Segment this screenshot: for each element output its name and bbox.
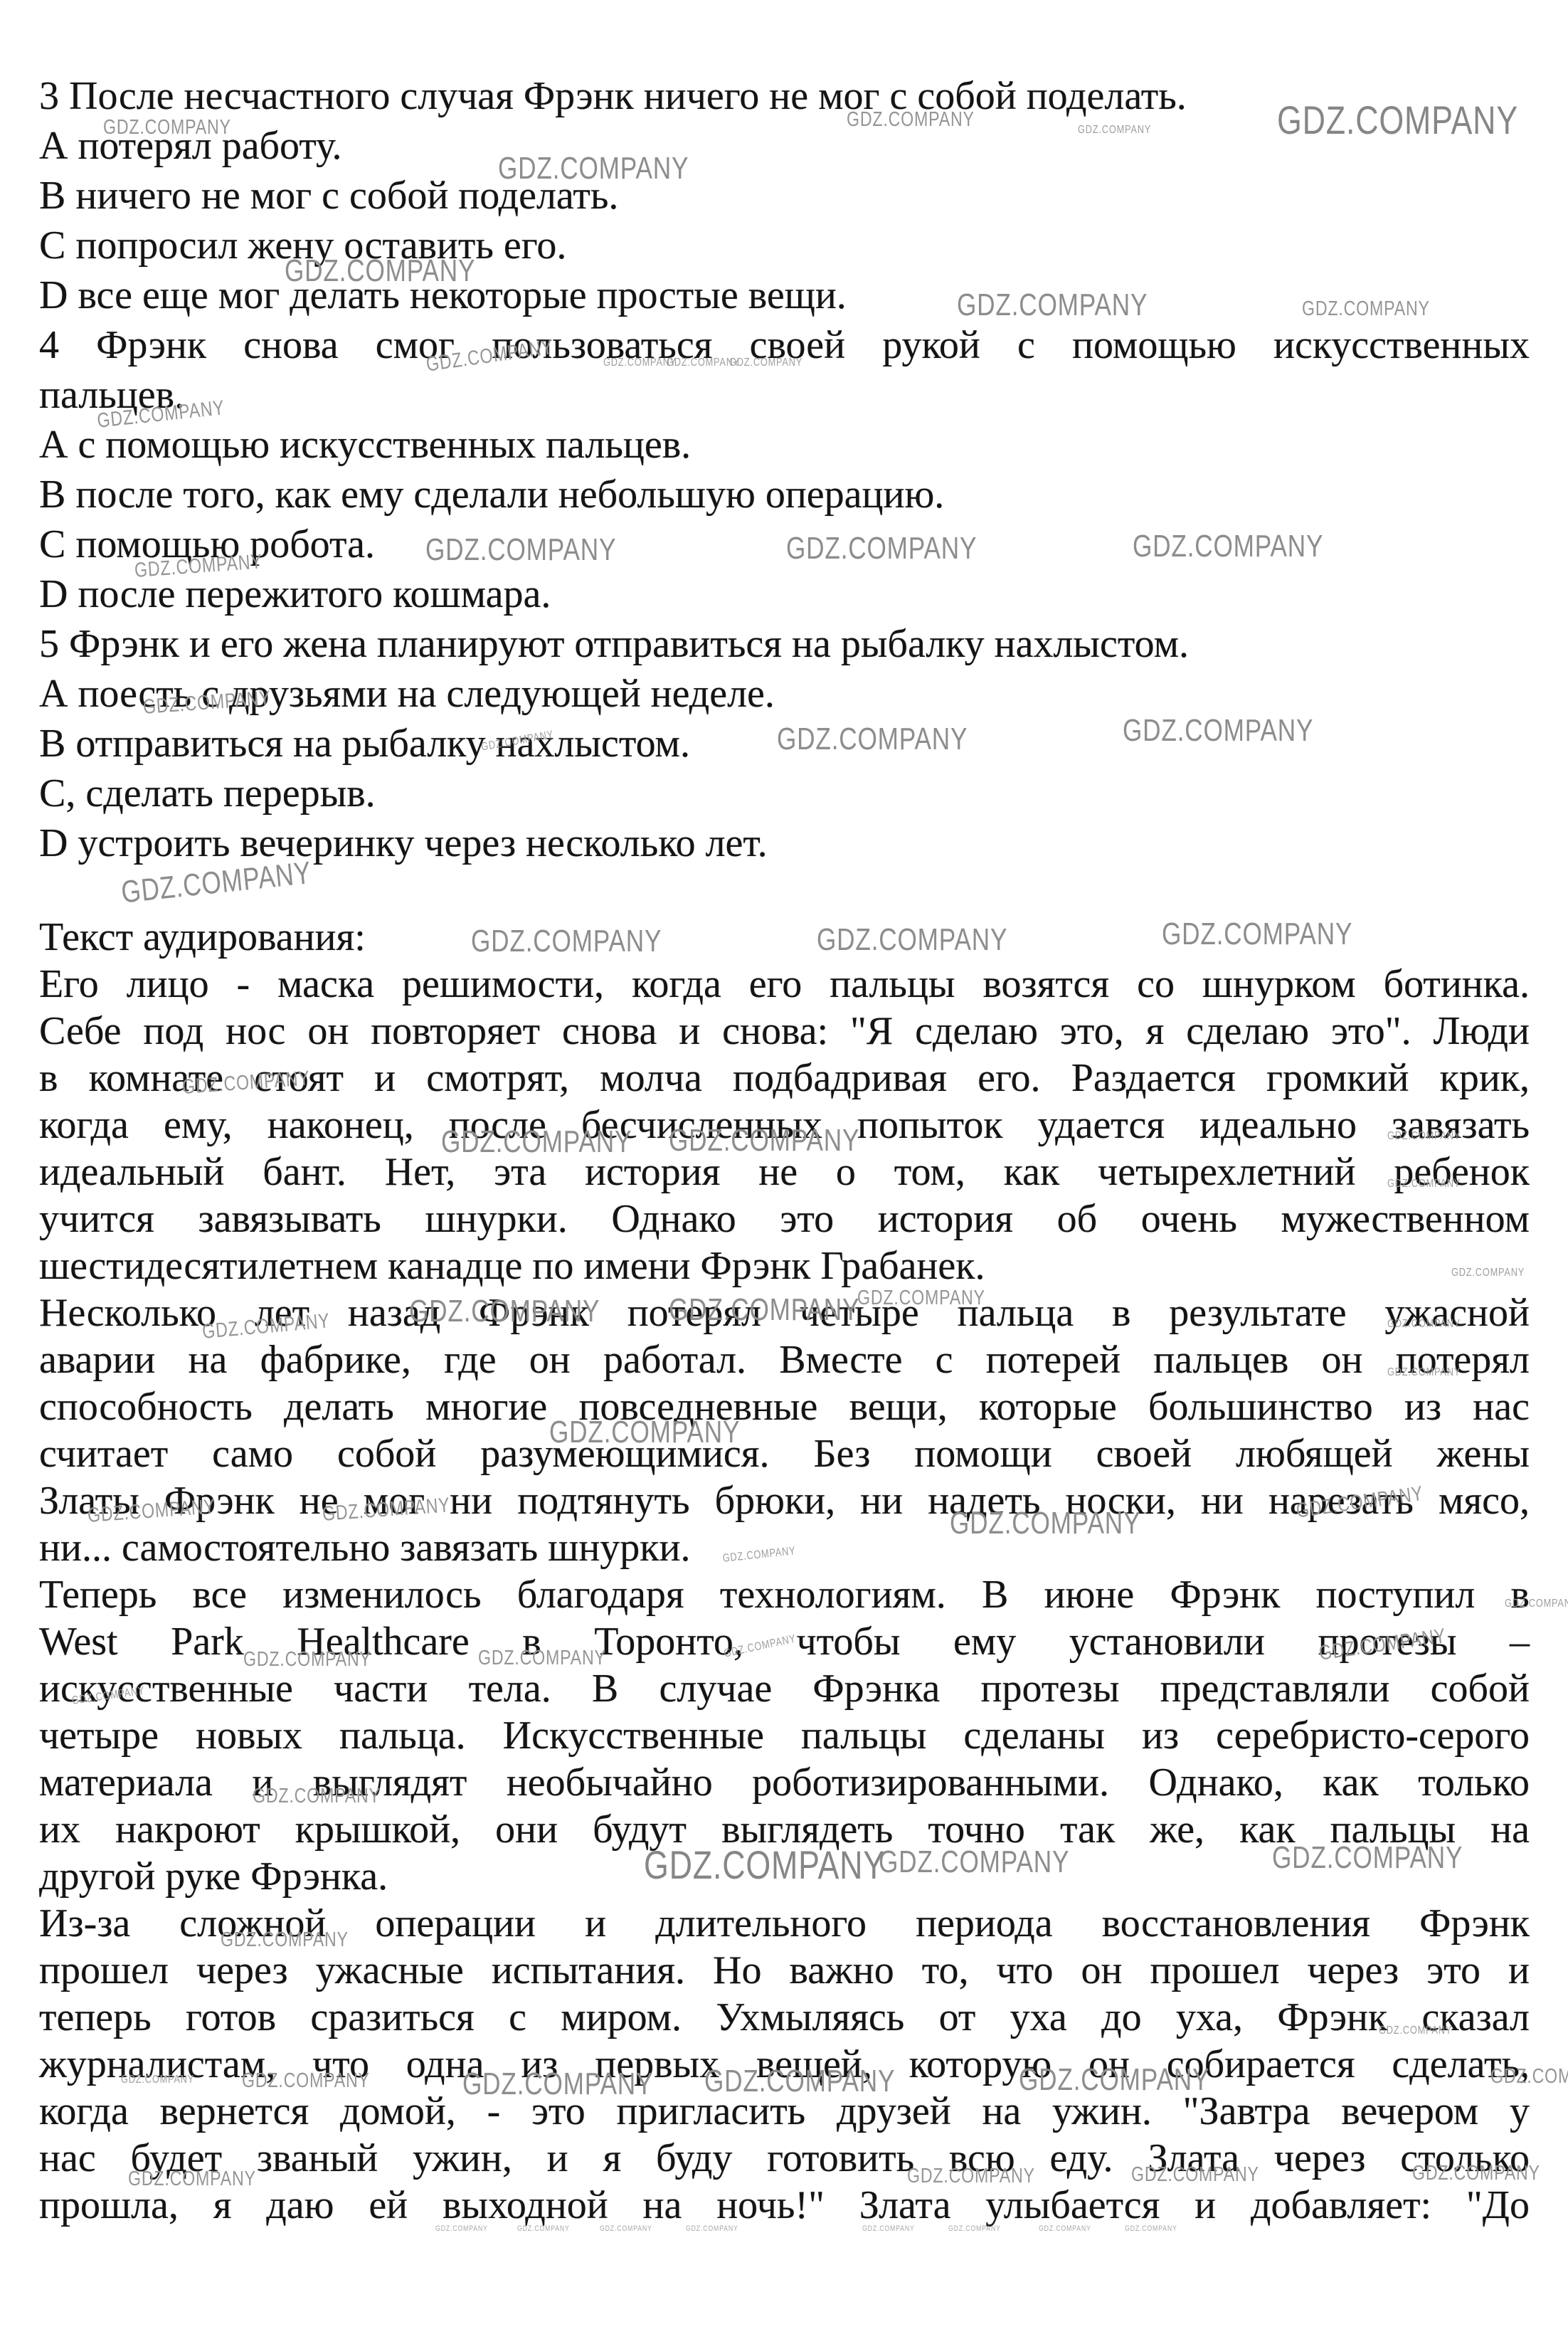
gdz-company-watermark: GDZ.COMPANY: [1387, 1130, 1461, 1143]
gdz-company-watermark: GDZ.COMPANY: [441, 1124, 632, 1160]
text-line: С попросил жену оставить его.: [39, 221, 1530, 270]
text-line: D после пережитого кошмара.: [39, 569, 1530, 619]
gdz-company-watermark: GDZ.COMPANY: [862, 2224, 915, 2233]
gdz-company-watermark: GDZ.COMPANY: [817, 922, 1007, 958]
text-line: шестидесятилетнем канадце по имени Фрэнк…: [39, 1242, 1530, 1289]
gdz-company-watermark: GDZ.COMPANY: [879, 1844, 1069, 1880]
gdz-company-watermark: GDZ.COMPANY: [478, 1647, 606, 1670]
text-line: считает само собой разумеющимися. Без по…: [39, 1430, 1530, 1477]
gdz-company-watermark: GDZ.COMPANY: [1387, 1178, 1461, 1190]
gdz-company-watermark: GDZ.COMPANY: [704, 2064, 895, 2099]
text-line: прошел через ужасные испытания. Но важно…: [39, 1947, 1530, 1994]
gdz-company-watermark: GDZ.COMPANY: [1379, 2024, 1452, 2037]
gdz-company-watermark: GDZ.COMPANY: [549, 1415, 740, 1450]
text-line: Его лицо - маска решимости, когда его па…: [39, 961, 1530, 1008]
gdz-company-watermark: GDZ.COMPANY: [471, 924, 662, 959]
text-line: учится завязывать шнурки. Однако это ист…: [39, 1195, 1530, 1242]
gdz-company-watermark: GDZ.COMPANY: [1277, 97, 1518, 143]
gdz-company-watermark: GDZ.COMPANY: [644, 1842, 885, 1888]
gdz-company-watermark: GDZ.COMPANY: [1131, 2163, 1259, 2187]
text-line: В после того, как ему сделали небольшую …: [39, 470, 1530, 519]
text-line: 5 Фрэнк и его жена планируют отправиться…: [39, 619, 1530, 669]
gdz-company-watermark: GDZ.COMPANY: [957, 287, 1148, 323]
gdz-company-watermark: GDZ.COMPANY: [669, 1292, 859, 1328]
scanned-document-page: 3 После несчастного случая Фрэнк ничего …: [0, 0, 1568, 2339]
gdz-company-watermark: GDZ.COMPANY: [669, 1123, 859, 1158]
gdz-company-watermark: GDZ.COMPANY: [1123, 713, 1313, 749]
text-line: А с помощью искусственных пальцев.: [39, 420, 1530, 470]
text-line: С, сделать перерыв.: [39, 769, 1530, 818]
gdz-company-watermark: GDZ.COMPANY: [221, 1928, 349, 1952]
gdz-company-watermark: GDZ.COMPANY: [907, 2165, 1035, 2188]
gdz-company-watermark: GDZ.COMPANY: [1451, 1267, 1525, 1279]
gdz-company-watermark: GDZ.COMPANY: [1302, 297, 1430, 321]
gdz-company-watermark: GDZ.COMPANY: [242, 2069, 370, 2093]
text-line: прошла, я даю ей выходной на ночь!" Злат…: [39, 2182, 1530, 2229]
gdz-company-watermark: GDZ.COMPANY: [1125, 2224, 1177, 2233]
gdz-company-watermark: GDZ.COMPANY: [950, 1506, 1140, 1541]
gdz-company-watermark: GDZ.COMPANY: [1133, 529, 1323, 564]
text-line: аварии на фабрике, где он работал. Вмест…: [39, 1336, 1530, 1383]
gdz-company-watermark: GDZ.COMPANY: [777, 722, 968, 757]
gdz-company-watermark: GDZ.COMPANY: [948, 2224, 1001, 2233]
gdz-company-watermark: GDZ.COMPANY: [103, 116, 231, 139]
gdz-company-watermark: GDZ.COMPANY: [847, 108, 975, 132]
text-line: теперь готов сразиться с миром. Ухмыляяс…: [39, 1994, 1530, 2041]
gdz-company-watermark: GDZ.COMPANY: [1387, 1366, 1461, 1379]
gdz-company-watermark: GDZ.COMPANY: [253, 1785, 381, 1808]
gdz-company-watermark: GDZ.COMPANY: [600, 2224, 652, 2233]
gdz-company-watermark: GDZ.COMPANY: [1162, 917, 1352, 952]
gdz-company-watermark: GDZ.COMPANY: [1272, 1840, 1463, 1876]
gdz-company-watermark: GDZ.COMPANY: [1412, 2162, 1540, 2185]
text-line: Теперь все изменилось благодаря технолог…: [39, 1571, 1530, 1618]
gdz-company-watermark: GDZ.COMPANY: [786, 531, 977, 566]
text-line: В ничего не мог с собой поделать.: [39, 171, 1530, 221]
text-line: искусственные части тела. В случае Фрэнк…: [39, 1665, 1530, 1712]
gdz-company-watermark: GDZ.COMPANY: [1490, 2065, 1568, 2089]
gdz-company-watermark: GDZ.COMPANY: [1505, 1598, 1568, 1610]
gdz-company-watermark: GDZ.COMPANY: [1019, 2062, 1209, 2098]
listening-transcript-section: Текст аудирования:Его лицо - маска решим…: [39, 914, 1530, 2229]
gdz-company-watermark: GDZ.COMPANY: [285, 253, 475, 289]
gdz-company-watermark: GDZ.COMPANY: [121, 2074, 194, 2086]
gdz-company-watermark: GDZ.COMPANY: [1078, 124, 1151, 137]
text-line: пальцев.: [39, 370, 1530, 420]
gdz-company-watermark: GDZ.COMPANY: [1039, 2224, 1091, 2233]
text-line: четыре новых пальца. Искусственные пальц…: [39, 1712, 1530, 1759]
gdz-company-watermark: GDZ.COMPANY: [128, 2168, 256, 2191]
text-line: способность делать многие повседневные в…: [39, 1383, 1530, 1430]
gdz-company-watermark: GDZ.COMPANY: [1387, 1318, 1461, 1331]
gdz-company-watermark: GDZ.COMPANY: [425, 532, 616, 568]
gdz-company-watermark: GDZ.COMPANY: [603, 357, 677, 369]
gdz-company-watermark: GDZ.COMPANY: [409, 1294, 600, 1329]
text-line: нас будет званый ужин, и я буду готовить…: [39, 2135, 1530, 2182]
gdz-company-watermark: GDZ.COMPANY: [243, 1648, 371, 1672]
gdz-company-watermark: GDZ.COMPANY: [686, 2224, 738, 2233]
gdz-company-watermark: GDZ.COMPANY: [498, 151, 689, 186]
text-line: Себе под нос он повторяет снова и снова:…: [39, 1008, 1530, 1055]
gdz-company-watermark: GDZ.COMPANY: [857, 1287, 985, 1310]
gdz-company-watermark: GDZ.COMPANY: [462, 2066, 653, 2102]
gdz-company-watermark: GDZ.COMPANY: [729, 357, 802, 369]
gdz-company-watermark: GDZ.COMPANY: [517, 2224, 570, 2233]
gdz-company-watermark: GDZ.COMPANY: [435, 2224, 488, 2233]
